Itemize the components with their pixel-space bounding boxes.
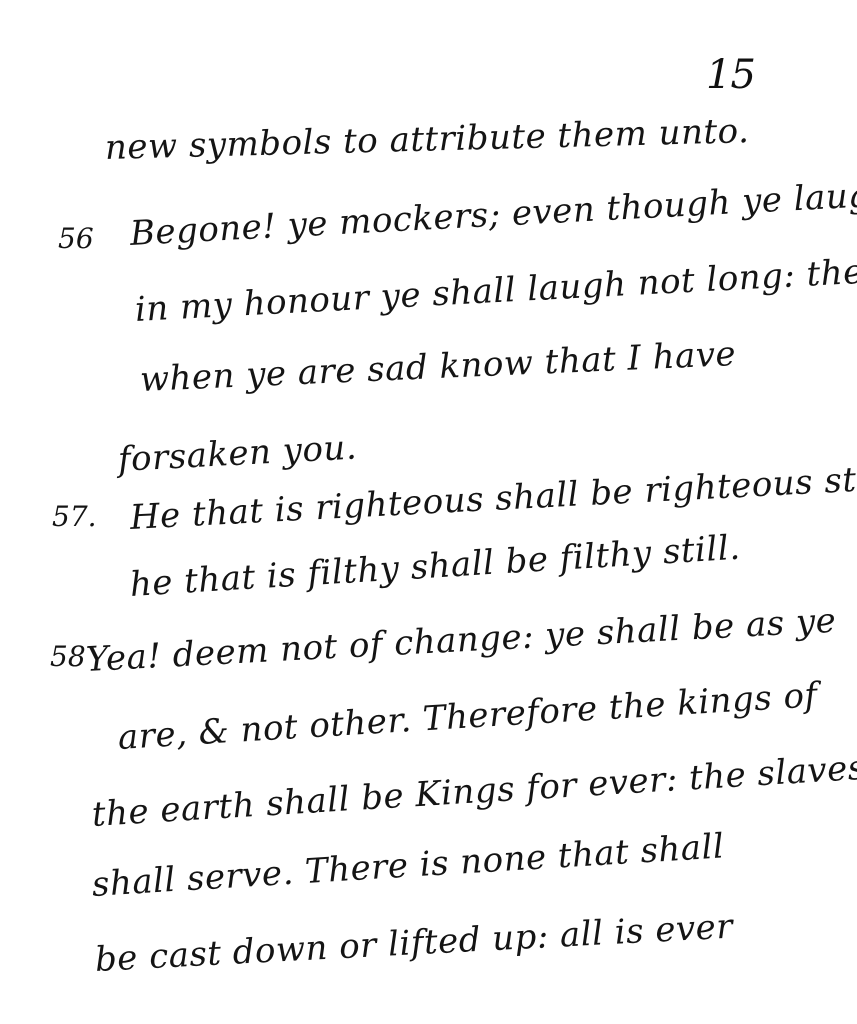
verse-number: 57. — [52, 500, 97, 533]
manuscript-line: Begone! ye mockers; even though ye laugh — [129, 174, 857, 254]
page-number: 15 — [706, 52, 755, 98]
manuscript-page: 15 new symbols to attribute them unto. 5… — [0, 0, 857, 1024]
manuscript-line: new symbols to attribute them unto. — [104, 111, 749, 168]
manuscript-line: be cast down or lifted up: all is ever — [94, 907, 734, 980]
manuscript-line: when ye are sad know that I have — [139, 334, 737, 400]
manuscript-line: he that is filthy shall be filthy still. — [129, 528, 742, 605]
manuscript-line: in my honour ye shall laugh not long: th… — [134, 251, 857, 330]
verse-number: 56 — [58, 222, 94, 255]
manuscript-line: forsaken you. — [117, 428, 358, 480]
manuscript-line: Yea! deem not of change: ye shall be as … — [85, 601, 837, 680]
manuscript-line: the earth shall be Kings for ever: the s… — [91, 748, 857, 835]
manuscript-line: are, & not other. Therefore the kings of — [117, 675, 819, 758]
verse-number: 58 — [50, 640, 86, 673]
manuscript-line: shall serve. There is none that shall — [91, 826, 726, 905]
